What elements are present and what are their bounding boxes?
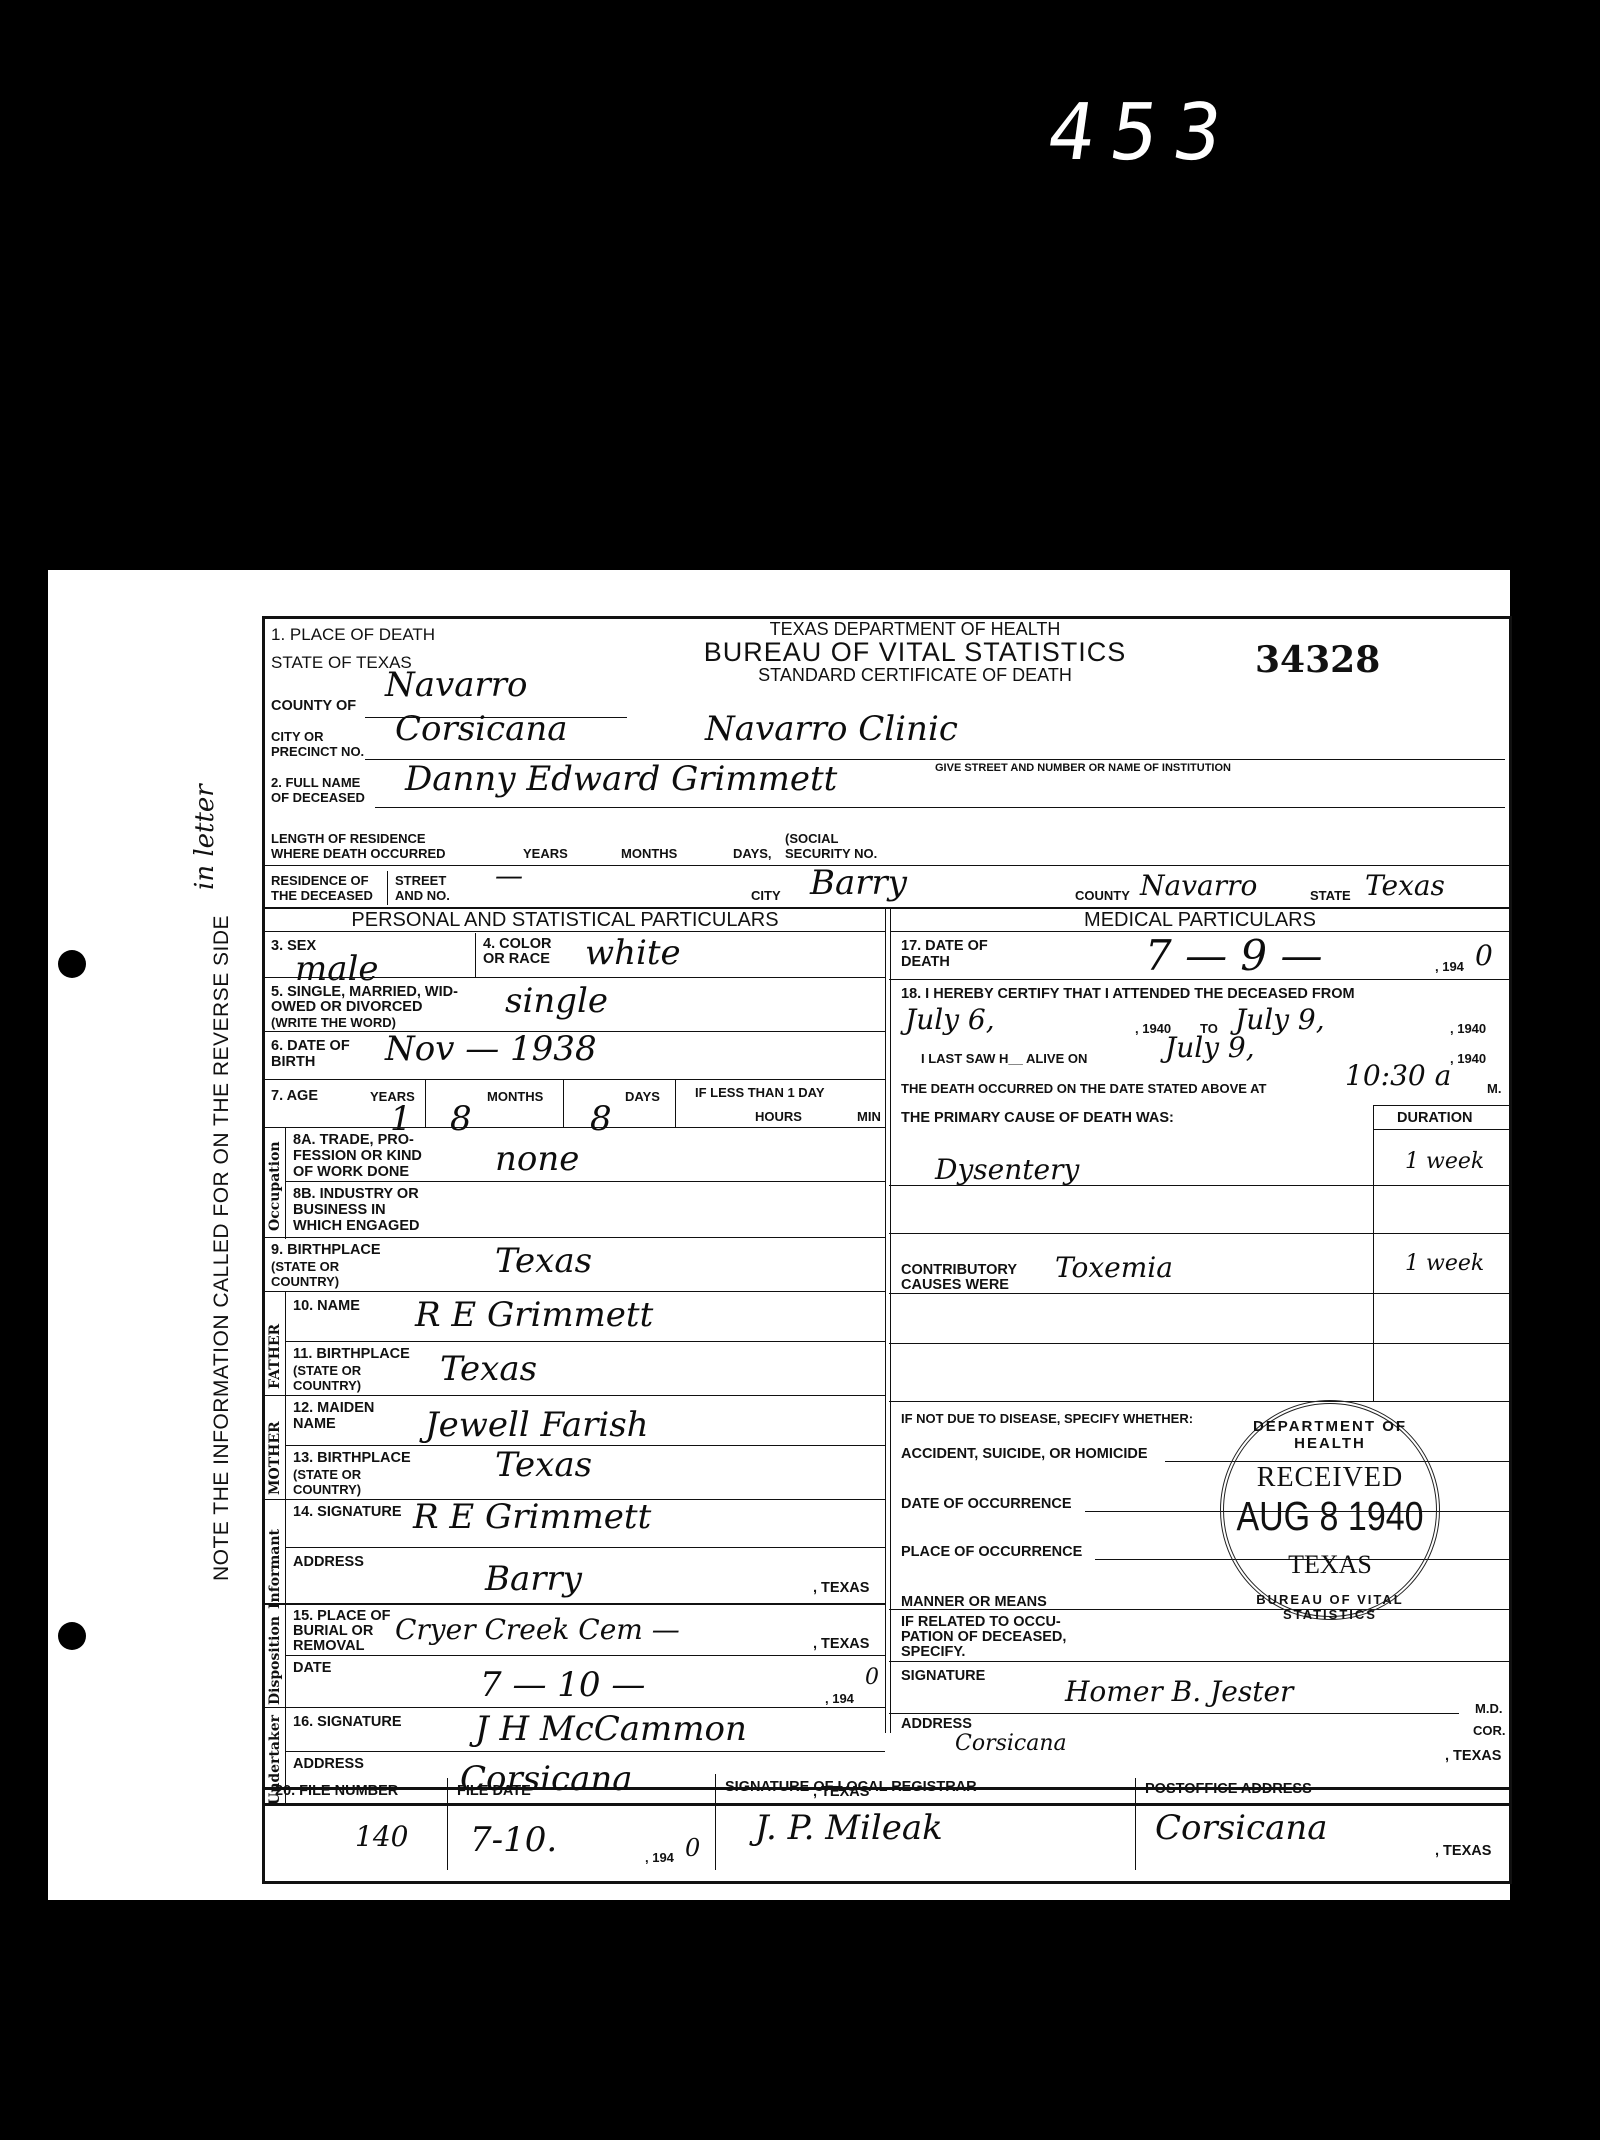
industry-label-1: 8B. INDUSTRY OR	[293, 1187, 419, 1202]
institution-hint: GIVE STREET AND NUMBER OR NAME OF INSTIT…	[935, 761, 1231, 776]
last-saw-year: , 1940	[1450, 1051, 1486, 1066]
divider	[285, 1499, 286, 1603]
residence-city: Barry	[810, 863, 907, 903]
industry-label-3: WHICH ENGAGED	[293, 1219, 419, 1234]
marital-label-2: OWED OR DIVORCED	[271, 1000, 422, 1015]
street-label-1: STREET	[395, 873, 446, 888]
registrar-signature: J. P. Mileak	[755, 1808, 943, 1848]
deceased-name: Danny Edward Grimmett	[405, 759, 837, 799]
divider	[1373, 1129, 1509, 1130]
medical-heading: MEDICAL PARTICULARS	[895, 909, 1505, 932]
punch-hole	[58, 1622, 86, 1650]
divider	[889, 1713, 1459, 1714]
texas-label: , TEXAS	[813, 1581, 869, 1596]
divider	[265, 1237, 885, 1238]
divider	[285, 1751, 885, 1752]
file-year-suffix: 0	[685, 1834, 700, 1862]
institution-value: Navarro Clinic	[705, 709, 958, 749]
postoffice-address: Corsicana	[1155, 1808, 1328, 1848]
page-number: 453	[1042, 88, 1244, 178]
divider	[265, 1395, 885, 1396]
city-label-1: CITY OR	[271, 729, 324, 744]
side-signature: in letter	[190, 784, 220, 890]
divider	[285, 1341, 885, 1342]
residence-state: Texas	[1365, 869, 1445, 902]
age-days: 8	[590, 1099, 612, 1139]
informant-side-label: Informant	[267, 1529, 283, 1609]
city-label-2: PRECINCT NO.	[271, 744, 364, 759]
residence-label-1: RESIDENCE OF	[271, 873, 369, 888]
street-label-2: AND NO.	[395, 888, 450, 903]
dod-label-2: DEATH	[901, 955, 950, 970]
primary-cause: Dysentery	[935, 1153, 1079, 1186]
postoffice-label: POSTOFFICE ADDRESS	[1145, 1782, 1312, 1797]
age-months-label: MONTHS	[487, 1089, 543, 1104]
not-disease-label: IF NOT DUE TO DISEASE, SPECIFY WHETHER:	[901, 1411, 1193, 1426]
mother-name-label-2: NAME	[293, 1417, 336, 1432]
marital-label-3: (WRITE THE WORD)	[271, 1015, 396, 1030]
divider	[889, 979, 1509, 980]
physician-signature: Homer B. Jester	[1065, 1675, 1293, 1708]
residence-length-label-2: WHERE DEATH OCCURRED	[271, 846, 446, 861]
manner-label: MANNER OR MEANS	[901, 1595, 1047, 1610]
divider	[715, 1774, 716, 1870]
burial-label-2: BURIAL OR	[293, 1624, 373, 1639]
birthplace-label-1: 9. BIRTHPLACE	[271, 1243, 381, 1258]
trade-label-1: 8A. TRADE, PRO-	[293, 1133, 414, 1148]
stamp-state: TEXAS	[1224, 1550, 1436, 1580]
divider	[889, 1185, 1509, 1186]
trade-label-2: FESSION OR KIND	[293, 1149, 422, 1164]
stamp-top-text: DEPARTMENT OF HEALTH	[1224, 1418, 1436, 1452]
divider	[447, 1778, 448, 1870]
related-label-2: PATION OF DECEASED,	[901, 1630, 1066, 1645]
age-months: 8	[450, 1099, 472, 1139]
age-label: 7. AGE	[271, 1089, 318, 1104]
death-time-label: THE DEATH OCCURRED ON THE DATE STATED AB…	[901, 1081, 1266, 1096]
marital-value: single	[505, 981, 608, 1021]
divider	[387, 871, 388, 905]
last-saw-label: I LAST SAW H__ ALIVE ON	[921, 1051, 1087, 1066]
industry-label-2: BUSINESS IN	[293, 1203, 386, 1218]
dob-label-2: BIRTH	[271, 1055, 315, 1070]
duration-label: DURATION	[1397, 1111, 1472, 1126]
burial-year-prefix: , 194	[825, 1691, 854, 1706]
trade-value: none	[495, 1139, 579, 1179]
race-value: white	[585, 933, 681, 973]
informant-address: Barry	[485, 1559, 582, 1599]
burial-label-3: REMOVAL	[293, 1639, 364, 1654]
burial-label-1: 15. PLACE OF	[293, 1609, 391, 1624]
birthplace-value: Texas	[495, 1241, 592, 1281]
physician-signature-label: SIGNATURE	[901, 1669, 985, 1684]
months-label: MONTHS	[621, 846, 677, 861]
registrar-label: SIGNATURE OF LOCAL REGISTRAR	[725, 1780, 977, 1795]
stamp-received: RECEIVED	[1224, 1462, 1436, 1494]
days-label: DAYS,	[733, 846, 772, 861]
stamp-bottom-text: BUREAU OF VITAL STATISTICS	[1224, 1592, 1436, 1622]
accident-label: ACCIDENT, SUICIDE, OR HOMICIDE	[901, 1447, 1148, 1462]
father-birthplace-label-2: (STATE OR	[293, 1363, 361, 1378]
dod-year-suffix: 0	[1475, 939, 1493, 972]
race-label-1: 4. COLOR	[483, 937, 551, 952]
divider	[285, 1181, 885, 1182]
burial-date-label: DATE	[293, 1661, 331, 1676]
divider	[265, 1603, 885, 1605]
file-number-label: 20. FILE NUMBER	[275, 1784, 398, 1799]
footer-row: 20. FILE NUMBER 140 FILE DATE 7-10. , 19…	[262, 1774, 1512, 1884]
undertaker-signature: J H McCammon	[475, 1709, 747, 1749]
divider	[889, 1661, 1509, 1662]
mother-name-label-1: 12. MAIDEN	[293, 1401, 374, 1416]
burial-year-suffix: 0	[865, 1665, 879, 1690]
file-number: 140	[355, 1820, 408, 1853]
sex-value: male	[295, 949, 379, 989]
divider	[1373, 1105, 1509, 1106]
place-of-death-label: 1. PLACE OF DEATH	[271, 627, 435, 642]
name-label-1: 2. FULL NAME	[271, 775, 360, 790]
punch-hole	[58, 950, 86, 978]
contributory-label-2: CAUSES WERE	[901, 1278, 1009, 1293]
last-saw-date: July 9,	[1165, 1031, 1255, 1064]
years-label: YEARS	[523, 846, 568, 861]
undertaker-signature-label: 16. SIGNATURE	[293, 1715, 402, 1730]
hours-label: HOURS	[755, 1109, 802, 1124]
bureau-title: BUREAU OF VITAL STATISTICS	[655, 637, 1175, 668]
divider	[1373, 1105, 1374, 1401]
mother-maiden-name: Jewell Farish	[425, 1405, 649, 1445]
name-underline	[375, 807, 1505, 808]
divider	[285, 1547, 885, 1548]
contributory-label-1: CONTRIBUTORY	[901, 1263, 1017, 1278]
father-name-label: 10. NAME	[293, 1299, 360, 1314]
texas-label: , TEXAS	[813, 1637, 869, 1652]
mother-side-label: MOTHER	[267, 1421, 283, 1495]
county-label: COUNTY OF	[271, 699, 356, 714]
race-label-2: OR RACE	[483, 952, 550, 967]
residence-state-label: STATE	[1310, 888, 1351, 903]
divider	[265, 1079, 885, 1080]
divider	[1135, 1778, 1136, 1870]
residence-length-label-1: LENGTH OF RESIDENCE	[271, 831, 426, 846]
father-side-label: FATHER	[267, 1324, 283, 1389]
divider	[475, 933, 476, 977]
death-time: 10:30 a	[1345, 1059, 1451, 1092]
stamp-date: AUG 8 1940	[1224, 1494, 1436, 1541]
occurrence-place-label: PLACE OF OCCURRENCE	[901, 1545, 1082, 1560]
informant-signature-label: 14. SIGNATURE	[293, 1505, 402, 1520]
residence-city-label: CITY	[751, 888, 781, 903]
divider	[265, 1127, 885, 1128]
contributory-duration: 1 week	[1405, 1251, 1484, 1276]
trade-label-3: OF WORK DONE	[293, 1165, 409, 1180]
divider	[889, 1233, 1509, 1234]
primary-cause-label: THE PRIMARY CAUSE OF DEATH WAS:	[901, 1111, 1174, 1126]
informant-address-label: ADDRESS	[293, 1555, 364, 1570]
primary-duration: 1 week	[1405, 1149, 1484, 1174]
ssn-label-2: SECURITY NO.	[785, 846, 877, 861]
divider	[889, 1293, 1509, 1294]
undertaker-address-label: ADDRESS	[293, 1757, 364, 1772]
less-than-day-label: IF LESS THAN 1 DAY	[695, 1085, 825, 1100]
file-date: 7-10.	[470, 1820, 557, 1860]
related-label-3: SPECIFY.	[901, 1645, 965, 1660]
related-label-1: IF RELATED TO OCCU-	[901, 1615, 1061, 1630]
name-label-2: OF DECEASED	[271, 790, 365, 805]
mother-birthplace-label-3: COUNTRY)	[293, 1482, 361, 1497]
informant-signature: R E Grimmett	[413, 1497, 651, 1537]
ssn-label-1: (SOCIAL	[785, 831, 838, 846]
contributory-cause: Toxemia	[1055, 1251, 1173, 1284]
father-birthplace-label-3: COUNTRY)	[293, 1378, 361, 1393]
residence-county-label: COUNTY	[1075, 888, 1130, 903]
texas-label: , TEXAS	[1445, 1749, 1501, 1764]
residence-county: Navarro	[1140, 869, 1257, 902]
street-value: —	[495, 859, 523, 892]
disposition-side-label: Disposition	[267, 1616, 283, 1705]
marital-label-1: 5. SINGLE, MARRIED, WID-	[271, 985, 458, 1000]
dob-value: Nov — 1938	[385, 1029, 597, 1069]
divider	[285, 1127, 286, 1239]
divider	[265, 1707, 885, 1708]
father-birthplace-label-1: 11. BIRTHPLACE	[293, 1347, 410, 1362]
file-year-prefix: , 194	[645, 1850, 674, 1865]
mother-birthplace: Texas	[495, 1445, 592, 1485]
occurrence-date-label: DATE OF OCCURRENCE	[901, 1497, 1072, 1512]
birthplace-label-3: COUNTRY)	[271, 1274, 339, 1289]
m-label: M.	[1487, 1081, 1501, 1096]
divider	[285, 1655, 885, 1656]
birthplace-label-2: (STATE OR	[271, 1259, 339, 1274]
divider	[285, 1291, 286, 1395]
mother-birthplace-label-1: 13. BIRTHPLACE	[293, 1451, 411, 1466]
father-name: R E Grimmett	[415, 1295, 653, 1335]
reverse-side-note: NOTE THE INFORMATION CALLED FOR ON THE R…	[210, 868, 234, 1628]
certify-label: 18. I HEREBY CERTIFY THAT I ATTENDED THE…	[901, 987, 1355, 1002]
burial-place: Cryer Creek Cem —	[395, 1613, 680, 1646]
dod-year-prefix: , 194	[1435, 959, 1464, 974]
county-value: Navarro	[385, 665, 527, 705]
dob-label-1: 6. DATE OF	[271, 1039, 350, 1054]
divider	[265, 1291, 885, 1292]
divider	[889, 1343, 1509, 1344]
minutes-label: MIN	[857, 1109, 881, 1124]
cor-label: COR.	[1473, 1723, 1506, 1738]
to-year: , 1940	[1450, 1021, 1486, 1036]
texas-label: , TEXAS	[1435, 1844, 1491, 1859]
date-of-death: 7 — 9 —	[1145, 931, 1323, 980]
divider	[675, 1079, 676, 1127]
burial-date: 7 — 10 —	[480, 1665, 645, 1705]
city-value: Corsicana	[395, 709, 568, 749]
mother-birthplace-label-2: (STATE OR	[293, 1467, 361, 1482]
divider	[265, 977, 885, 978]
attended-from: July 6,	[905, 1003, 995, 1036]
dod-label-1: 17. DATE OF	[901, 939, 988, 954]
divider	[285, 1603, 286, 1803]
file-date-label: FILE DATE	[457, 1784, 531, 1799]
divider	[285, 1395, 286, 1499]
personal-heading: PERSONAL AND STATISTICAL PARTICULARS	[265, 909, 865, 932]
physician-address-label: ADDRESS	[901, 1717, 972, 1732]
residence-label-2: THE DECEASED	[271, 888, 373, 903]
father-birthplace: Texas	[440, 1349, 537, 1389]
occupation-side-label: Occupation	[267, 1141, 283, 1231]
certificate-number: 34328	[1255, 639, 1380, 681]
divider	[889, 1401, 1509, 1402]
age-days-label: DAYS	[625, 1089, 660, 1104]
divider	[563, 1079, 564, 1127]
physician-address: Corsicana	[955, 1731, 1067, 1756]
divider	[425, 1079, 426, 1127]
received-stamp: DEPARTMENT OF HEALTH RECEIVED AUG 8 1940…	[1220, 1400, 1440, 1620]
form-title: STANDARD CERTIFICATE OF DEATH	[705, 665, 1125, 686]
md-label: M.D.	[1475, 1701, 1502, 1716]
